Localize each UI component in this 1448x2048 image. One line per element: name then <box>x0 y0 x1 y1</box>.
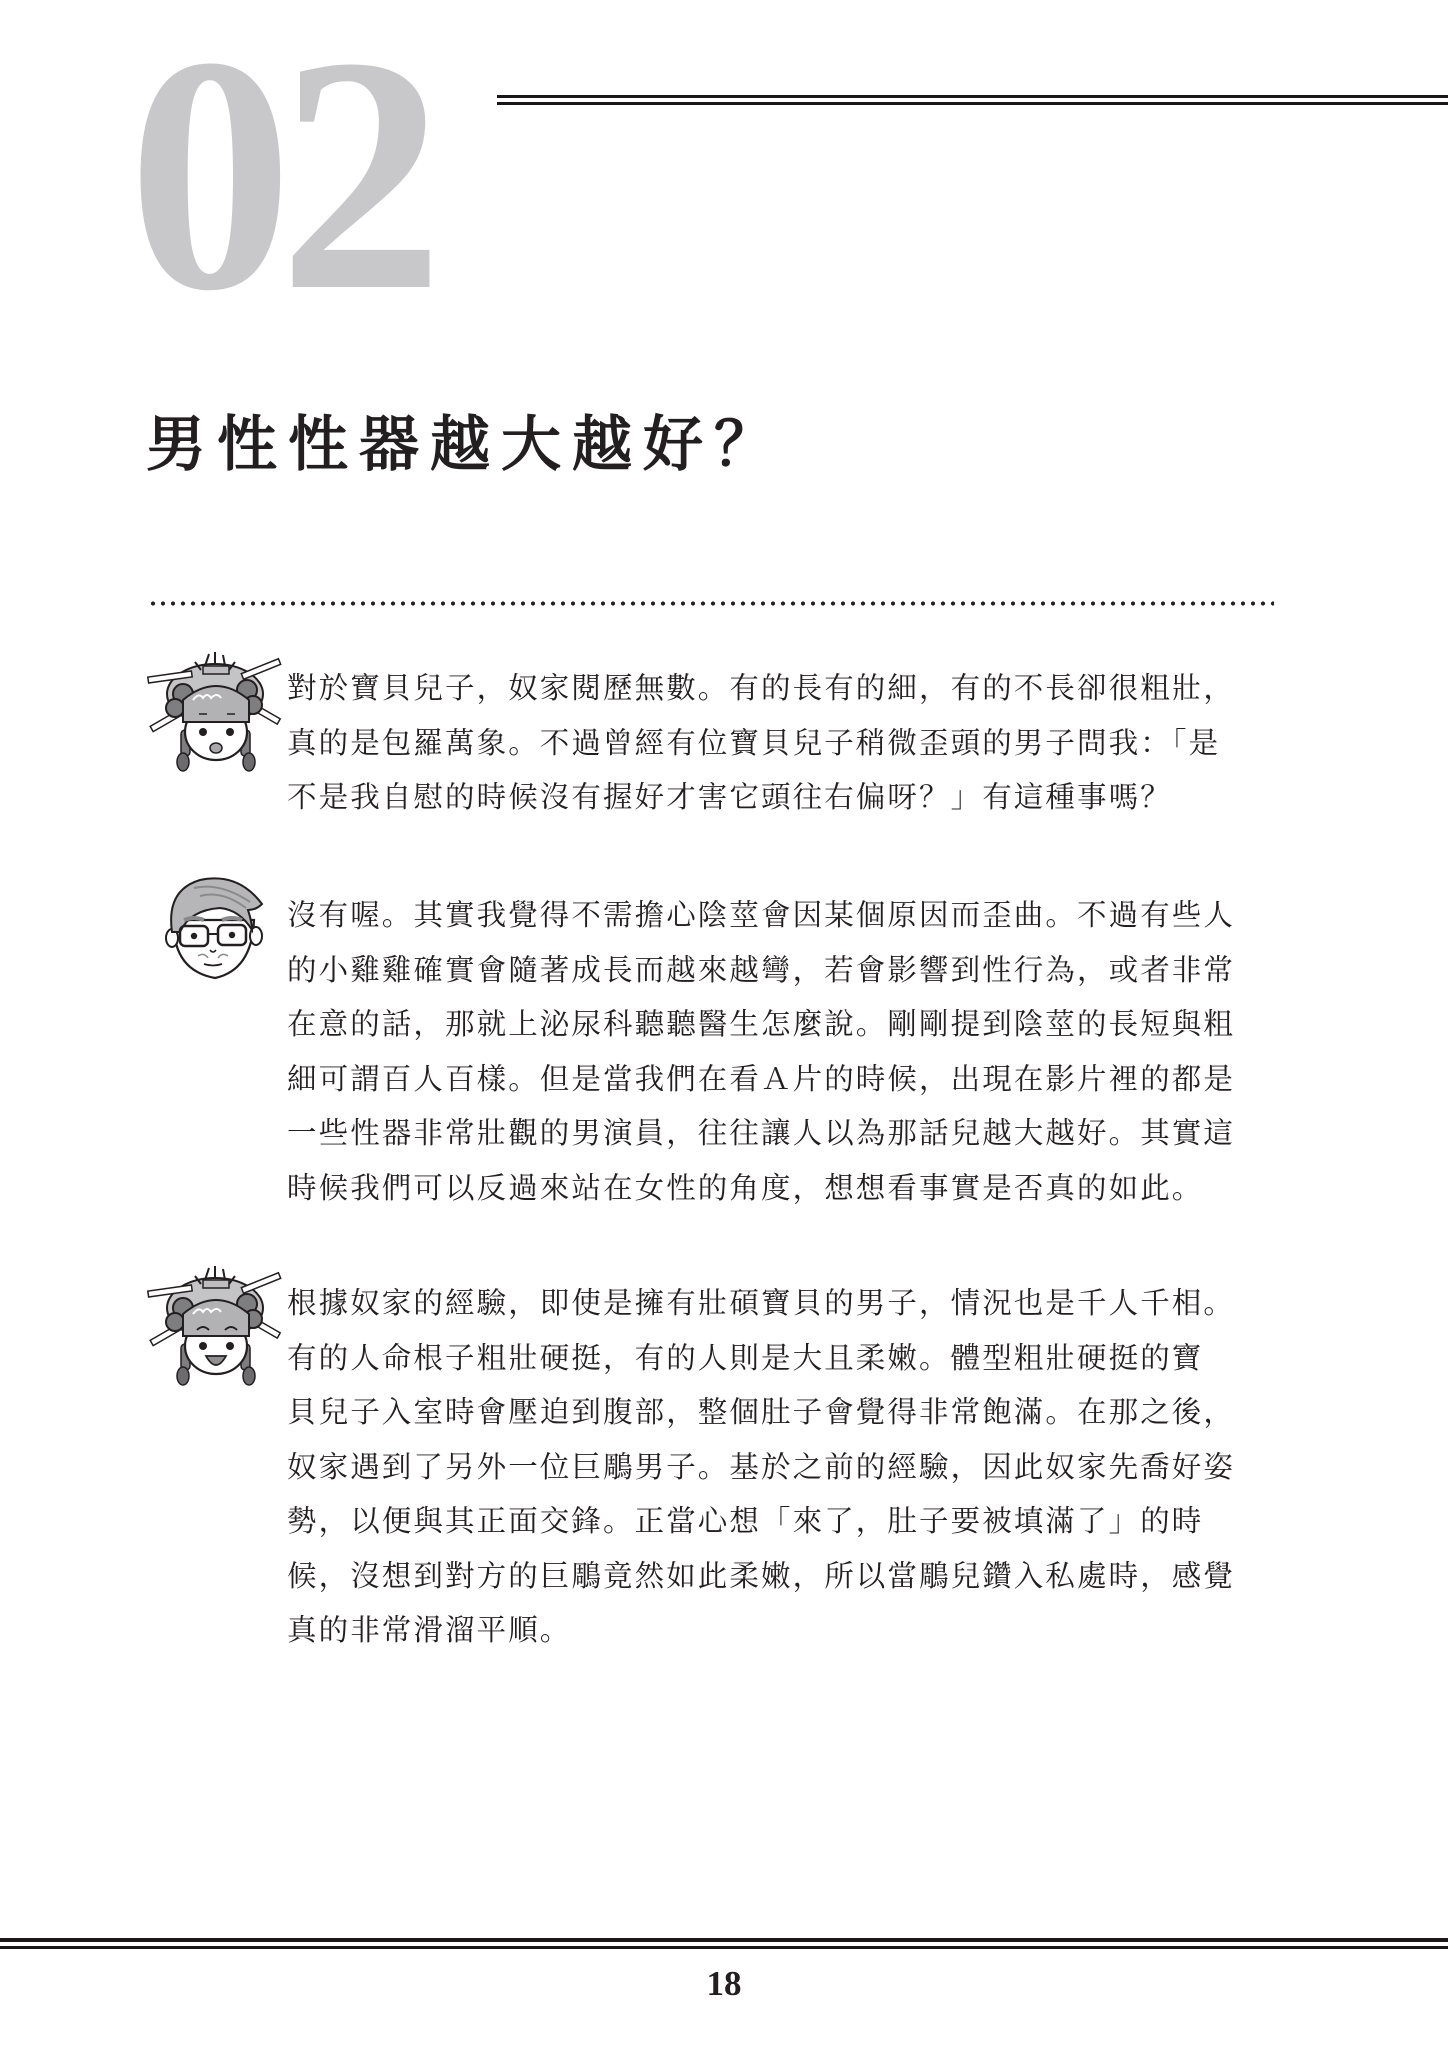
text-line: 一些性器非常壯觀的男演員，往往讓人以為那話兒越大越好。其實這 <box>287 1106 1277 1161</box>
geisha-surprised-avatar-icon <box>143 652 283 777</box>
text-line: 對於寶貝兒子，奴家閱歷無數。有的長有的細，有的不長卻很粗壯， <box>287 661 1277 716</box>
text-line: 有的人命根子粗壯硬挺，有的人則是大且柔嫩。體型粗壯硬挺的寶 <box>287 1331 1277 1386</box>
rule-line <box>0 1946 1448 1949</box>
text-line: 貝兒子入室時會壓迫到腹部，整個肚子會覺得非常飽滿。在那之後， <box>287 1385 1277 1440</box>
dotted-divider <box>148 601 1274 606</box>
doctor-glasses-avatar-icon <box>160 870 270 985</box>
text-line: 勢，以便與其正面交鋒。正當心想「來了，肚子要被填滿了」的時 <box>287 1494 1277 1549</box>
text-line: 真的非常滑溜平順。 <box>287 1603 1277 1658</box>
text-line: 根據奴家的經驗，即使是擁有壯碩寶貝的男子，情況也是千人千相。 <box>287 1276 1277 1331</box>
geisha-smiling-avatar-icon <box>143 1266 283 1391</box>
text-line: 沒有喔。其實我覺得不需擔心陰莖會因某個原因而歪曲。不過有些人 <box>287 888 1277 943</box>
text-line: 細可謂百人百樣。但是當我們在看Ａ片的時候，出現在影片裡的都是 <box>287 1052 1277 1107</box>
chapter-number: 02 <box>128 6 430 342</box>
text-line: 候，沒想到對方的巨鵰竟然如此柔嫩，所以當鵰兒鑽入私處時，感覺 <box>287 1549 1277 1604</box>
page-number: 18 <box>0 1964 1448 2004</box>
rule-line <box>497 102 1448 105</box>
text-line: 的小雞雞確實會隨著成長而越來越彎，若會影響到性行為，或者非常 <box>287 943 1277 998</box>
text-line: 真的是包羅萬象。不過曾經有位寶貝兒子稍微歪頭的男子問我：「是 <box>287 716 1277 771</box>
text-line: 在意的話，那就上泌尿科聽聽醫生怎麼說。剛剛提到陰莖的長短與粗 <box>287 997 1277 1052</box>
text-line: 時候我們可以反過來站在女性的角度，想想看事實是否真的如此。 <box>287 1161 1277 1216</box>
text-line: 奴家遇到了另外一位巨鵰男子。基於之前的經驗，因此奴家先喬好姿 <box>287 1440 1277 1495</box>
footer-double-rule <box>0 1938 1448 1949</box>
header-double-rule <box>497 95 1448 105</box>
rule-line <box>0 1938 1448 1942</box>
rule-line <box>497 95 1448 98</box>
text-line: 不是我自慰的時候沒有握好才害它頭往右偏呀？」有這種事嗎？ <box>287 770 1277 825</box>
paragraph-2: 沒有喔。其實我覺得不需擔心陰莖會因某個原因而歪曲。不過有些人 的小雞雞確實會隨著… <box>287 888 1277 1215</box>
chapter-title: 男性性器越大越好？ <box>146 405 785 485</box>
paragraph-3: 根據奴家的經驗，即使是擁有壯碩寶貝的男子，情況也是千人千相。 有的人命根子粗壯硬… <box>287 1276 1277 1658</box>
paragraph-1: 對於寶貝兒子，奴家閱歷無數。有的長有的細，有的不長卻很粗壯， 真的是包羅萬象。不… <box>287 661 1277 825</box>
